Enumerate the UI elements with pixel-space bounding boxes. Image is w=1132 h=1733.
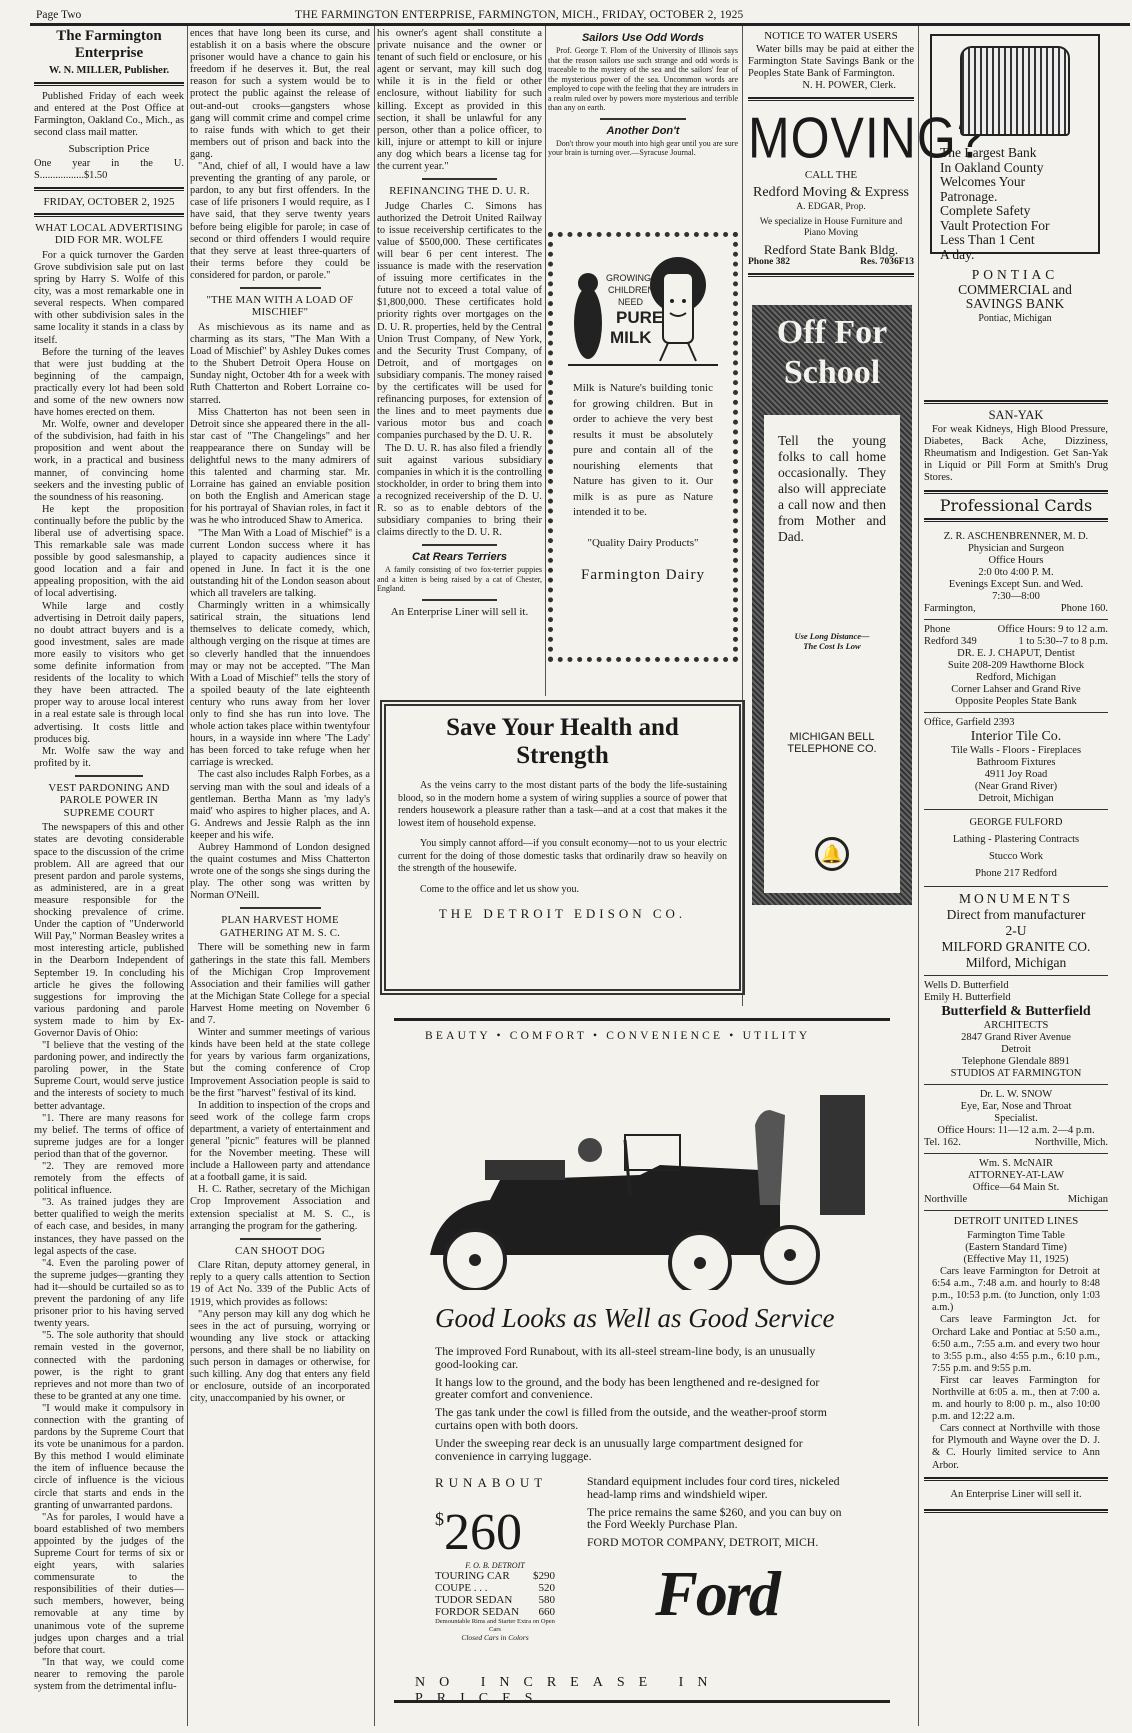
edison-company: THE DETROIT EDISON CO.	[398, 908, 727, 921]
subscription-label: Subscription Price	[34, 143, 184, 155]
headline-another-dont: Another Don't	[548, 125, 738, 137]
page-label: Page Two	[36, 9, 81, 21]
dairy-body: Milk is Nature's building tonic for grow…	[565, 381, 721, 521]
card-line: ARCHITECTS	[924, 1020, 1108, 1032]
liner-text: An Enterprise Liner will sell it.	[924, 1489, 1108, 1501]
paragraph: In addition to inspection of the crops a…	[190, 1100, 370, 1185]
price-value: 520	[539, 1582, 556, 1594]
card-right: 1 to 5:30--7 to 8 p.m.	[1018, 636, 1108, 648]
card-line: Wm. S. McNAIR	[924, 1158, 1108, 1170]
card-row: Redford 3491 to 5:30--7 to 8 p.m.	[924, 636, 1108, 648]
card-line: Milford, Michigan	[924, 955, 1108, 971]
water-notice-signature: N. H. POWER, Clerk.	[748, 80, 914, 92]
dul-sub: Farmington Time Table	[932, 1230, 1100, 1242]
car-illustration-icon	[400, 1055, 880, 1290]
moving-phone: Phone 382	[748, 256, 790, 268]
moving-phones: Phone 382 Res. 7036F13	[748, 256, 914, 268]
card-line: Wells D. Butterfield	[924, 980, 1108, 992]
subscription-line: One year in the U. S.................$1.…	[34, 158, 184, 182]
card-line: Tile Walls - Floors - Fireplaces	[924, 745, 1108, 757]
rule	[924, 518, 1108, 522]
water-notice-text: Water bills may be paid at either the Fa…	[748, 44, 914, 80]
ford-details: Standard equipment includes four cord ti…	[587, 1475, 847, 1629]
paragraph: Charmingly written in a whimsically sati…	[190, 600, 370, 769]
card-line: Specialist.	[924, 1113, 1108, 1125]
dul-sub: (Eastern Standard Time)	[932, 1242, 1100, 1254]
headline-advertising: WHAT LOCAL ADVERTISING DID FOR MR. WOLFE	[34, 222, 184, 247]
edison-paragraph: Come to the office and let us show you.	[398, 884, 727, 897]
ford-price-value: 260	[444, 1504, 522, 1561]
paragraph: "3. As trained judges they are better qu…	[34, 1197, 184, 1257]
paper-name: The Farmington Enterprise	[34, 28, 184, 62]
ford-price-symbol: $	[435, 1509, 444, 1529]
paragraph: "Any person may kill any dog which he se…	[190, 1309, 370, 1406]
headline-sailors: Sailors Use Odd Words	[548, 32, 738, 44]
price-row: TOURING CAR$290	[435, 1570, 555, 1582]
card-line: Office, Garfield 2393	[924, 717, 1108, 729]
paragraph: While large and costly advertising in De…	[34, 601, 184, 746]
card-line: Office—64 Main St.	[924, 1182, 1108, 1194]
bell-icon: 🔔	[815, 837, 849, 871]
svg-text:MILK: MILK	[610, 328, 652, 347]
separator	[240, 287, 321, 289]
bell-ad-body: Tell the young folks to call home occasi…	[778, 433, 886, 545]
column-5: NOTICE TO WATER USERS Water bills may be…	[748, 28, 914, 282]
card-line: 4911 Joy Road	[924, 769, 1108, 781]
bell-ad-title-2: School	[760, 353, 904, 393]
paragraph: Prof. George T. Flom of the University o…	[548, 46, 738, 113]
rule	[924, 490, 1108, 494]
card-row: Tel. 162.Northville, Mich.	[924, 1137, 1108, 1149]
ford-fob: F. O. B. DETROIT	[435, 1561, 555, 1570]
moving-headline: MOVING?	[748, 107, 914, 169]
paragraph: The newspapers of this and other states …	[34, 822, 184, 1040]
price-model: COUPE . . .	[435, 1582, 488, 1594]
card-left: Phone	[924, 624, 950, 636]
paragraph: "1. There are many reasons for my belief…	[34, 1113, 184, 1161]
newspaper-page: Page Two THE FARMINGTON ENTERPRISE, FARM…	[0, 0, 1132, 1733]
edison-headline: Save Your Health and Strength	[398, 714, 727, 770]
ford-body: The improved Ford Runabout, with its all…	[435, 1345, 845, 1467]
card-line: MILFORD GRANITE CO.	[924, 939, 1108, 955]
card-line: Interior Tile Co.	[924, 729, 1108, 745]
card-line: ATTORNEY-AT-LAW	[924, 1170, 1108, 1182]
rule	[34, 187, 184, 191]
liner-text: An Enterprise Liner will sell it.	[377, 606, 542, 618]
ford-logo: Ford	[587, 1559, 847, 1629]
paragraph: his owner's agent shall constitute a pri…	[377, 28, 542, 173]
bank-building-icon	[960, 46, 1070, 136]
column-divider	[545, 26, 546, 696]
card-line: MONUMENTS	[924, 891, 1108, 907]
bell-ad-title-1: Off For	[760, 313, 904, 353]
bank-line: Welcomes Your	[940, 175, 1090, 190]
rule	[924, 1509, 1108, 1513]
ford-tagline: BEAUTY • COMFORT • CONVENIENCE • UTILITY	[425, 1030, 810, 1042]
svg-text:CHILDREN: CHILDREN	[608, 285, 654, 295]
milk-illustration: GROWING CHILDREN NEED PURE MILK	[568, 253, 718, 371]
paragraph: Mr. Wolfe, owner and developer of the su…	[34, 419, 184, 504]
card-line: Stucco Work	[924, 848, 1108, 865]
price-model: FORDOR SEDAN	[435, 1606, 519, 1618]
bank-line: Less Than 1 Cent	[940, 233, 1090, 248]
ford-equipment: Standard equipment includes four cord ti…	[587, 1475, 847, 1501]
detroit-edison-ad: Save Your Health and Strength As the vei…	[380, 700, 745, 995]
ford-price-block: RUNABOUT $260 F. O. B. DETROIT TOURING C…	[435, 1475, 555, 1642]
card-right: Office Hours: 9 to 12 a.m.	[998, 624, 1108, 636]
card-line: 2-U	[924, 923, 1108, 939]
card-chaput: PhoneOffice Hours: 9 to 12 a.m. Redford …	[924, 620, 1108, 713]
price-model: TOURING CAR	[435, 1570, 510, 1582]
price-row: FORDOR SEDAN660	[435, 1606, 555, 1618]
paragraph: There will be something new in farm gath…	[190, 942, 370, 1027]
card-left: Redford 349	[924, 636, 977, 648]
edison-paragraph: You simply cannot afford—if you consult …	[398, 838, 727, 876]
paragraph: H. C. Rather, secretary of the Michigan …	[190, 1184, 370, 1232]
card-line: (Near Grand River)	[924, 781, 1108, 793]
column-divider	[374, 26, 375, 1726]
svg-text:GROWING: GROWING	[606, 273, 651, 283]
column-2: ences that have long been its curse, and…	[190, 28, 370, 1405]
bank-name-3: SAVINGS BANK	[940, 297, 1090, 312]
separator	[240, 907, 321, 909]
paragraph: "4. Even the paroling power of the supre…	[34, 1258, 184, 1331]
paragraph: As mischievous as its name and as charmi…	[190, 322, 370, 407]
rule	[34, 213, 184, 217]
card-line: Phone 217 Redford	[924, 865, 1108, 882]
paragraph: "I would make it compulsory in connectio…	[34, 1403, 184, 1512]
card-line: Dr. L. W. SNOW	[924, 1089, 1108, 1101]
card-butterfield: Wells D. Butterfield Emily H. Butterfiel…	[924, 976, 1108, 1085]
paragraph: "5. The sole authority that should remai…	[34, 1330, 184, 1403]
rule	[748, 273, 914, 277]
paragraph: "The Man With a Load of Mischief" is a c…	[190, 528, 370, 601]
paragraph: Cars connect at Northville with those fo…	[932, 1423, 1100, 1471]
paragraph: The D. U. R. has also filed a friendly s…	[377, 443, 542, 540]
card-line: Detroit, Michigan	[924, 793, 1108, 805]
svg-text:NEED: NEED	[618, 297, 644, 307]
separator	[240, 1238, 321, 1240]
moving-call: CALL THE	[748, 169, 914, 181]
paragraph: He kept the proposition continually befo…	[34, 504, 184, 601]
dairy-ad: GROWING CHILDREN NEED PURE MILK Milk is …	[548, 232, 738, 662]
separator	[600, 118, 686, 120]
masthead-title: THE FARMINGTON ENTERPRISE, FARMINGTON, M…	[295, 9, 744, 21]
paragraph: "I believe that the vesting of the pardo…	[34, 1040, 184, 1113]
bank-line: Patronage.	[940, 190, 1090, 205]
ford-bottom-rule	[394, 1700, 890, 1703]
bank-line: In Oakland County	[940, 161, 1090, 176]
ford-paragraph: The improved Ford Runabout, with its all…	[435, 1345, 845, 1371]
paragraph: Mr. Wolfe saw the way and profited by it…	[34, 746, 184, 770]
paragraph: Cars leave Farmington for Detroit at 6:5…	[932, 1266, 1100, 1314]
ford-paragraph: Under the sweeping rear deck is an unusu…	[435, 1437, 845, 1463]
paragraph: Before the turning of the leaves that we…	[34, 347, 184, 420]
card-right: Phone 160.	[1061, 603, 1108, 615]
card-line: Corner Lahser and Grand Rive	[924, 684, 1108, 696]
card-line: Opposite Peoples State Bank	[924, 696, 1108, 708]
paragraph: First car leaves Farmington for Northvil…	[932, 1375, 1100, 1423]
ford-top-rule	[394, 1018, 890, 1021]
card-fulford: GEORGE FULFORD Lathing - Plastering Cont…	[924, 810, 1108, 887]
dairy-name: Farmington Dairy	[565, 567, 721, 584]
bell-ad-company: MICHIGAN BELL TELEPHONE CO.	[778, 731, 886, 755]
masthead-rule	[30, 23, 1130, 26]
ford-paragraph: It hangs low to the ground, and the body…	[435, 1376, 845, 1402]
rule	[34, 82, 184, 86]
ford-note: Demountable Rims and Starter Extra on Op…	[435, 1618, 555, 1633]
column-1: The Farmington Enterprise W. N. MILLER, …	[34, 28, 184, 1693]
ford-company: FORD MOTOR COMPANY, DETROIT, MICH.	[587, 1536, 847, 1549]
separator	[75, 775, 143, 777]
headline-refinancing: REFINANCING THE D. U. R.	[377, 185, 542, 198]
card-line: Lathing - Plastering Contracts	[924, 831, 1108, 848]
price-value: 660	[539, 1606, 556, 1618]
card-line: Physician and Surgeon	[924, 543, 1108, 555]
card-line: Suite 208-209 Hawthorne Block	[924, 660, 1108, 672]
moving-location: Redford State Bank Bldg.	[748, 244, 914, 256]
paragraph: Clare Ritan, deputy attorney general, in…	[190, 1260, 370, 1308]
card-left: Tel. 162.	[924, 1137, 961, 1149]
bank-name-2: COMMERCIAL and	[940, 283, 1090, 298]
separator	[422, 599, 496, 601]
card-line: GEORGE FULFORD	[924, 814, 1108, 831]
bank-line: The Largest Bank	[940, 146, 1090, 161]
bell-ad-tagline-1: Use Long Distance—	[778, 631, 886, 641]
rule	[924, 400, 1108, 404]
column-divider	[187, 26, 188, 1726]
card-line: Detroit	[924, 1044, 1108, 1056]
ford-purchase: The price remains the same $260, and you…	[587, 1506, 847, 1532]
paragraph: Don't throw your mouth into high gear un…	[548, 139, 738, 158]
price-row: COUPE . . .520	[435, 1582, 555, 1594]
card-line: 2:0 0to 4:00 P. M.	[924, 567, 1108, 579]
column-3: his owner's agent shall constitute a pri…	[377, 28, 542, 618]
card-snow: Dr. L. W. SNOW Eye, Ear, Nose and Throat…	[924, 1085, 1108, 1154]
paragraph: For a quick turnover the Garden Grove su…	[34, 250, 184, 347]
bell-ad-tagline-2: The Cost Is Low	[778, 641, 886, 651]
ford-ad: BEAUTY • COMFORT • CONVENIENCE • UTILITY…	[380, 1010, 920, 1730]
dul-timetable: DETROIT UNITED LINES Farmington Time Tab…	[924, 1211, 1108, 1472]
card-line: Z. R. ASCHENBRENNER, M. D.	[924, 531, 1108, 543]
svg-text:PURE: PURE	[616, 308, 663, 327]
card-line: Bathroom Fixtures	[924, 757, 1108, 769]
headline-cat: Cat Rears Terriers	[377, 551, 542, 563]
professional-cards-title: Professional Cards	[924, 500, 1108, 512]
edison-paragraph: As the veins carry to the most distant p…	[398, 780, 727, 830]
headline-pardoning: VEST PARDONING AND PAROLE POWER IN SUPRE…	[34, 782, 184, 820]
card-row: NorthvilleMichigan	[924, 1194, 1108, 1206]
paragraph: "And, chief of all, I would have a law p…	[190, 161, 370, 282]
bell-ad-inner: Tell the young folks to call home occasi…	[764, 415, 900, 893]
card-interior-tile: Office, Garfield 2393 Interior Tile Co. …	[924, 713, 1108, 810]
paragraph: Aubrey Hammond of London designed the qu…	[190, 842, 370, 902]
sanyak-text: For weak Kidneys, High Blood Pressure, D…	[924, 424, 1108, 484]
bank-ad: The Largest Bank In Oakland County Welco…	[930, 34, 1100, 254]
rule	[924, 1477, 1108, 1481]
card-line: Evenings Except Sun. and Wed.	[924, 579, 1108, 591]
paragraph: "As for paroles, I would have a board es…	[34, 1512, 184, 1657]
card-line: Redford, Michigan	[924, 672, 1108, 684]
card-line: 7:30—8:00	[924, 591, 1108, 603]
paragraph: Winter and summer meetings of various ki…	[190, 1027, 370, 1100]
card-mcnair: Wm. S. McNAIR ATTORNEY-AT-LAW Office—64 …	[924, 1154, 1108, 1211]
bank-line: A day.	[940, 248, 1090, 263]
paragraph: Cars leave Farmington Jct. for Orchard L…	[932, 1314, 1100, 1374]
moving-res: Res. 7036F13	[860, 256, 914, 268]
card-left: Farmington,	[924, 603, 976, 615]
moving-prop: A. EDGAR, Prop.	[748, 201, 914, 213]
headline-dog: CAN SHOOT DOG	[190, 1245, 370, 1258]
card-line: DR. E. J. CHAPUT, Dentist	[924, 648, 1108, 660]
paragraph: Miss Chatterton has not been seen in Det…	[190, 407, 370, 528]
bell-telephone-ad: Off For School Tell the young folks to c…	[752, 305, 912, 905]
ford-note: Closed Cars in Colors	[435, 1633, 555, 1642]
card-line: Butterfield & Butterfield	[924, 1004, 1108, 1020]
bank-location: Pontiac, Michigan	[940, 312, 1090, 327]
card-line: Direct from manufacturer	[924, 907, 1108, 923]
card-line: Emily H. Butterfield	[924, 992, 1108, 1004]
card-aschenbrenner: Z. R. ASCHENBRENNER, M. D. Physician and…	[924, 527, 1108, 620]
card-line: Telephone Glendale 8891	[924, 1056, 1108, 1068]
paragraph: "2. They are removed more remotely from …	[34, 1161, 184, 1197]
moving-company: Redford Moving & Express	[748, 184, 914, 201]
moving-specialty: We specialize in House Furniture and Pia…	[748, 217, 914, 239]
price-model: TUDOR SEDAN	[435, 1594, 512, 1606]
bank-name-1: PONTIAC	[940, 268, 1090, 283]
paragraph: A family consisting of two fox-terrier p…	[377, 565, 542, 594]
milk-bottle-icon: GROWING CHILDREN NEED PURE MILK	[568, 253, 718, 371]
paragraph: ences that have long been its curse, and…	[190, 28, 370, 161]
separator	[422, 178, 496, 180]
card-line: STUDIOS AT FARMINGTON	[924, 1068, 1108, 1080]
card-line: Eye, Ear, Nose and Throat	[924, 1101, 1108, 1113]
ford-model: RUNABOUT	[435, 1475, 555, 1491]
sanyak-headline: SAN-YAK	[924, 409, 1108, 421]
bank-line: Vault Protection For	[940, 219, 1090, 234]
headline-harvest: PLAN HARVEST HOME GATHERING AT M. S. C.	[190, 914, 370, 939]
masthead: Page Two THE FARMINGTON ENTERPRISE, FARM…	[30, 6, 1130, 24]
ford-paragraph: The gas tank under the cowl is filled fr…	[435, 1406, 845, 1432]
issue-date: FRIDAY, OCTOBER 2, 1925	[34, 196, 184, 208]
ford-price: $260	[435, 1491, 555, 1561]
card-row: Farmington,Phone 160.	[924, 603, 1108, 615]
paragraph: Judge Charles C. Simons has authorized t…	[377, 201, 542, 443]
ford-headline: Good Looks as Well as Good Service	[435, 1303, 834, 1334]
card-right: Michigan	[1068, 1194, 1108, 1206]
publisher: W. N. MILLER, Publisher.	[34, 65, 184, 77]
price-value: $290	[533, 1570, 555, 1582]
card-right: Northville, Mich.	[1035, 1137, 1108, 1149]
published-info: Published Friday of each week and entere…	[34, 91, 184, 139]
card-row: PhoneOffice Hours: 9 to 12 a.m.	[924, 624, 1108, 636]
card-line: Office Hours: 11—12 a.m. 2—4 p.m.	[924, 1125, 1108, 1137]
dul-sub: (Effective May 11, 1925)	[932, 1254, 1100, 1266]
card-left: Northville	[924, 1194, 967, 1206]
dul-headline: DETROIT UNITED LINES	[932, 1215, 1100, 1227]
card-line: Office Hours	[924, 555, 1108, 567]
paragraph: "In that way, we could come nearer to re…	[34, 1657, 184, 1693]
dairy-slogan: "Quality Dairy Products"	[565, 537, 721, 549]
water-notice-headline: NOTICE TO WATER USERS	[748, 30, 914, 42]
headline-mischief: "THE MAN WITH A LOAD OF MISCHIEF"	[190, 294, 370, 319]
separator	[422, 544, 496, 546]
price-value: 580	[539, 1594, 556, 1606]
rule	[748, 97, 914, 101]
paragraph: The cast also includes Ralph Forbes, as …	[190, 769, 370, 842]
price-row: TUDOR SEDAN580	[435, 1594, 555, 1606]
bank-line: Complete Safety	[940, 204, 1090, 219]
column-6: SAN-YAK For weak Kidneys, High Blood Pre…	[924, 395, 1108, 1518]
card-line: 2847 Grand River Avenue	[924, 1032, 1108, 1044]
column-4: Sailors Use Odd Words Prof. George T. Fl…	[548, 28, 738, 158]
card-monuments: MONUMENTS Direct from manufacturer 2-U M…	[924, 887, 1108, 976]
